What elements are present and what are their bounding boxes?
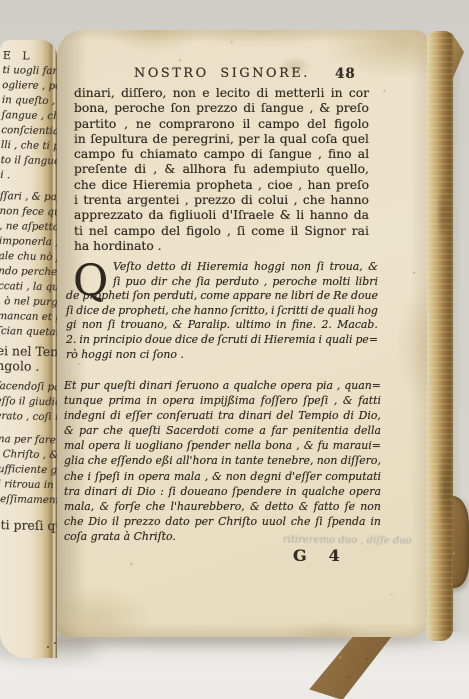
signature-mark: G4 — [293, 546, 340, 565]
text-line: &parchequeſtiSacerdoticomeafarpenitentia… — [64, 423, 381, 438]
signature-number: 4 — [329, 546, 340, 565]
text-line: ſipuodircheſiaperduto,perochemoltilibri — [66, 275, 378, 290]
left-text-line: i . — [0, 168, 57, 185]
left-running-head: E L — [3, 48, 57, 65]
left-text-line: conſcientia , meri — [1, 123, 57, 140]
left-text-line: , ò nel purgat — [0, 294, 57, 311]
text-line: tunqueprimainoperaimpijßimafoſſeroſpeſi,… — [64, 393, 381, 408]
text-line: bona,perocheſonprezzodiſangue,&preſo — [74, 101, 369, 116]
text-line: dinari,diſſero,nonelecitodimetterliincor — [74, 86, 369, 101]
fore-edge-binding — [427, 31, 453, 641]
left-text-line: r Chriſto , & p — [0, 447, 57, 464]
text-line: mala,&forſechel'haurebbero,&detto&fattoſ… — [64, 499, 381, 514]
text-line: gliacheeſſendoeßiall'horaintantetenebre,… — [64, 453, 381, 468]
left-text-line: ccati , la qual pu — [0, 279, 57, 296]
paragraph-3: Etpurqueſtidinariſeruonoaqualcheoperapia… — [64, 378, 381, 544]
left-text-line: ſſari , & paſſionat — [0, 189, 57, 206]
left-text-line: , ne aſpetto che — [0, 219, 57, 236]
text-line: indegnidieſſerconſeruatitradinaridelTemp… — [64, 408, 381, 423]
drop-cap: Q — [73, 261, 108, 301]
text-line: ſidicedepropheti,chehannoſcritto,iſcritt… — [66, 304, 378, 319]
text-line: Etpurqueſtidinariſeruonoaqualcheoperapia… — [64, 378, 381, 393]
book-photo: NOSTRO SIGNORE. 48 dinari,diſſero,nonele… — [0, 0, 469, 699]
left-text-line: ndo perche non — [0, 264, 57, 281]
text-line: chediceHieremiapropheta,cioe,hanpreſo — [74, 178, 369, 193]
left-text-line: non fece quella ſo — [0, 204, 57, 221]
left-text-line: ale chu nò ſi abb — [0, 249, 57, 266]
left-text-line: ſcian quetare. — [0, 324, 57, 341]
running-head: NOSTRO SIGNORE. — [74, 66, 370, 81]
book-page-verso-edge: E L ti uogli fare di t ogliere , peroch … — [0, 40, 57, 658]
text-line: ginonſitrouano,&Paralip.ultimoinfine.2.M… — [66, 318, 378, 333]
dirt-speck — [47, 646, 49, 648]
left-text-line: ogliere , peroch — [2, 78, 57, 95]
text-line: inſepulturadeperegrini,perlaqualcoſaquel — [74, 132, 369, 147]
left-text-line: in queſto , hauen — [2, 93, 57, 110]
page-number: 48 — [335, 66, 356, 82]
text-line: VeſtodettodiHieremiahogginonſitroua,& — [66, 260, 378, 275]
signature-letter: G — [293, 546, 307, 565]
text-line: apprezzatodafigliuolid'Iſraele&lihannoda — [74, 208, 369, 223]
text-line: partito,necompraronoilcampodelfigolo — [74, 117, 369, 132]
text-line: preſentedi,&allhorafuadempiutoquello, — [74, 162, 369, 177]
text-line: ha hordinato . — [74, 239, 369, 254]
left-page-text: E L ti uogli fare di t ogliere , peroch … — [0, 48, 57, 534]
left-text-line: ſufficiente gou — [0, 462, 57, 479]
text-line: cheiſpeſiinoperamala,&nondegnid'eſſercom… — [64, 469, 381, 484]
text-line: maloperaliuoglianoſpendernellabona,&fuma… — [64, 438, 381, 453]
paragraph-2: Q VeſtodettodiHieremiahogginonſitroua,& … — [66, 260, 378, 362]
text-line: tinelcampodelfigolo,ſicomeilSignorrai — [74, 224, 369, 239]
left-text-line: eſſo il giudicio in — [0, 394, 57, 411]
text-line: campofuchiamatocampodiſangue,finoal — [74, 147, 369, 162]
left-text-line: erato , coſi ua — [0, 409, 57, 426]
left-text-line: ſi ritroua in ſ — [0, 477, 57, 494]
left-text-line: ngolo . — [0, 358, 57, 375]
dirt-speck — [54, 642, 56, 644]
book-page-recto: NOSTRO SIGNORE. 48 dinari,diſſero,nonele… — [57, 30, 429, 637]
paragraph-1: dinari,diſſero,nonelecitodimetterliincor… — [74, 86, 369, 254]
left-text-line: ſangue , che tu di — [1, 108, 57, 125]
text-line: deprophetiſonperduti,comeapparenelibride… — [66, 289, 378, 304]
left-text-line: ma per fare à ſ — [0, 432, 57, 449]
page-header: NOSTRO SIGNORE. 48 — [74, 66, 370, 84]
left-text-line: peſſimamente. — [0, 492, 57, 509]
bleedthrough-text: ritireremo duo , diſſe duo — [283, 534, 413, 546]
left-text-line: mancan et guai — [0, 309, 57, 326]
left-text-line: ei nel Temp — [0, 343, 57, 360]
text-line: 2.inprincipiodouedicedeſcrutidiHieremiai… — [66, 333, 378, 348]
left-text-line: imponerla , ma ſe — [0, 234, 57, 251]
text-line: itrentaargentei,prezzodicolui,chehanno — [74, 193, 369, 208]
left-text-line: lli , che ti purifica — [1, 138, 57, 155]
text-line: cheDioilprezzodatoperChriſtouuolcheſiſpe… — [64, 514, 381, 529]
left-text-line: oti preſi qui — [0, 517, 57, 534]
text-line: rò hoggi non ci ſono . — [66, 348, 378, 363]
left-text-line: facendoſi pat — [0, 379, 57, 396]
text-line: tradinaridiDio:ſidoueanoſpendereinqualch… — [64, 484, 381, 499]
left-text-line: ti uogli fare di t — [2, 63, 57, 80]
left-text-line: to il ſangue giuſto, — [0, 153, 57, 170]
